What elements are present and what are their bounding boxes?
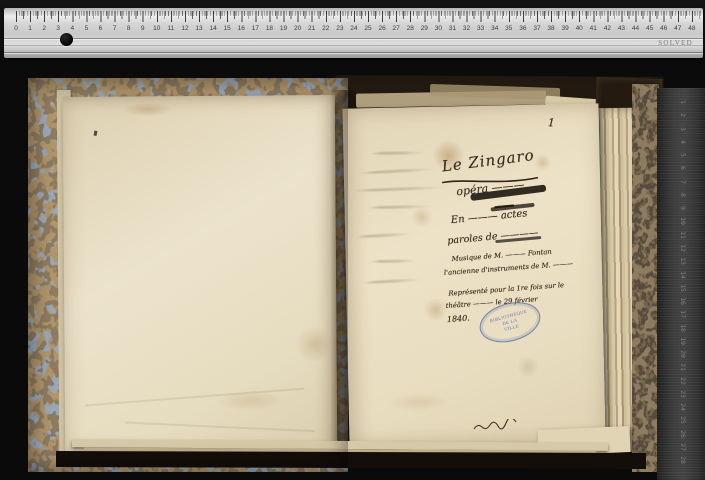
ruler-number: 4 [679,135,687,149]
ruler-number: 6 [99,25,103,32]
ruler-number: 41 [590,25,597,32]
ruler-groove [4,53,703,54]
foxing-stain [516,357,540,377]
ruler-number: 48 [688,25,695,32]
ruler-number: 27 [393,25,400,32]
folio-number: 1 [548,116,556,129]
ink-showthrough [355,232,413,238]
ruler-number: 40 [576,25,583,32]
marbled-cover-right-edge [632,84,659,472]
ruler-number: 15 [679,281,687,295]
ruler-number: 12 [679,241,687,255]
ruler-number: 32 [463,25,470,32]
ruler-number: 39 [561,25,568,32]
ruler-number: 14 [679,268,687,282]
ruler-number: 3 [679,122,687,136]
ruler-number: 1 [28,25,32,32]
ruler-number: 4 [71,25,75,32]
ruler-number: 19 [679,334,687,348]
ruler-number: 35 [505,25,512,32]
ruler-number: 3 [56,25,60,32]
ruler-number: 16 [238,25,245,32]
ink-showthrough [369,151,425,155]
ruler-number: 11 [168,25,175,32]
ruler-number: 22 [679,374,687,388]
page-crease [125,422,315,432]
ruler-number: 23 [679,387,687,401]
ruler-number: 44 [632,25,639,32]
ruler-cm-ticks [16,11,701,22]
ruler-number: 47 [674,25,681,32]
edge-ink-scribble [472,419,520,433]
credit-line: Représenté pour la 1re fois sur le [448,281,564,297]
ruler-hang-hole [60,33,73,46]
ruler-number: 12 [181,25,188,32]
ruler-number: 23 [336,25,343,32]
ruler-groove [4,45,703,46]
ink-showthrough [362,278,422,284]
ruler-number: 18 [679,321,687,335]
ruler-number: 15 [224,25,231,32]
foxing-stain [388,393,448,412]
page-crease [85,388,304,406]
ruler-number: 46 [660,25,667,32]
ink-showthrough [367,205,433,209]
acts-line: En ——— actes [450,208,527,226]
ink-showthrough [358,167,438,174]
manuscript-title: Le Zingaro [441,146,536,176]
ruler-number: 14 [209,25,216,32]
ruler-number: 26 [378,25,385,32]
ink-showthrough [370,259,418,263]
ruler-number: 8 [679,188,687,202]
ruler-number: 11 [679,228,687,242]
ruler-number: 43 [618,25,625,32]
ruler-number: 5 [679,148,687,162]
ruler-number: 19 [280,25,287,32]
archival-photo-scene: 1 Le Zingaro opéra ——— En ——— actes ——— … [0,0,705,480]
ruler-number: 21 [308,25,315,32]
ruler-number: 28 [679,453,687,467]
foxing-stain [533,154,551,170]
ruler-number: 18 [266,25,273,32]
ruler-number: 17 [679,307,687,321]
ink-speck [94,130,98,136]
ruler-number: 45 [646,25,653,32]
left-blank-page [63,95,338,457]
ruler-groove [4,39,703,40]
ruler-number: 34 [491,25,498,32]
foxing-stain [123,102,173,116]
ruler-number: 38 [547,25,554,32]
ruler-number: 20 [294,25,301,32]
ruler-number: 27 [679,440,687,454]
vertical-ruler: 1234567891011121314151617181920212223242… [657,88,705,480]
ruler-number: 2 [42,25,46,32]
ruler-number: 16 [679,294,687,308]
ink-showthrough [352,186,448,193]
ruler-number: 31 [449,25,456,32]
ruler-brand-text: SOLVED [658,39,693,47]
ruler-number: 42 [604,25,611,32]
credit-line: Musique de M. ——— Fontan [451,248,552,263]
right-manuscript-page: 1 Le Zingaro opéra ——— En ——— actes ——— … [342,103,605,446]
credit-line: 1840. [447,314,471,325]
ruler-number: 7 [113,25,117,32]
ruler-number: 24 [350,25,357,32]
ruler-number: 25 [679,413,687,427]
horizontal-ruler: 0123456789101112131415161718192021222324… [4,8,703,58]
ruler-number: 0 [14,25,18,32]
ruler-number: 28 [407,25,414,32]
foxing-stain [294,327,334,361]
ruler-number: 37 [533,25,540,32]
ruler-number: 33 [477,25,484,32]
ruler-number: 26 [679,427,687,441]
ruler-number: 13 [679,254,687,268]
ruler-number: 25 [364,25,371,32]
ruler-number: 6 [679,161,687,175]
bottom-board-shadow [56,451,646,469]
ruler-number: 1 [679,95,687,109]
ruler-number: 17 [252,25,259,32]
ruler-number: 21 [679,360,687,374]
ruler-number: 13 [195,25,202,32]
ruler-number: 5 [85,25,89,32]
ruler-number: 30 [435,25,442,32]
ruler-number: 36 [519,25,526,32]
ruler-number: 10 [153,25,160,32]
ruler-number: 7 [679,175,687,189]
ruler-number: 2 [679,108,687,122]
ruler-number: 9 [141,25,145,32]
ruler-number: 29 [421,25,428,32]
ruler-number: 8 [127,25,131,32]
ruler-number: 10 [679,214,687,228]
ruler-number: 22 [322,25,329,32]
foxing-stain [411,207,433,227]
